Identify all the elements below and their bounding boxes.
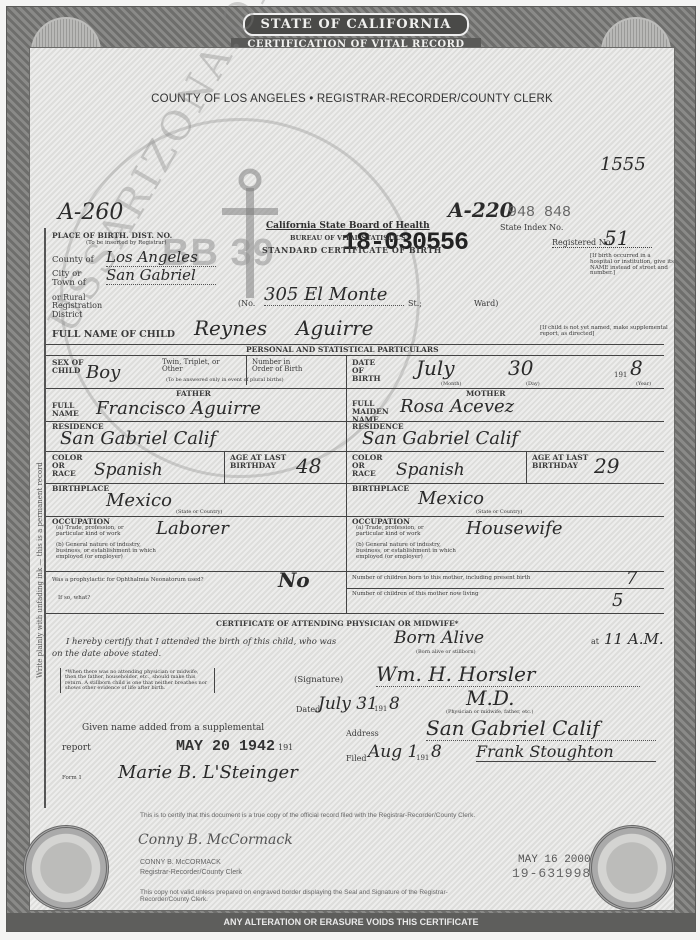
- particulars-title: PERSONAL AND STATISTICAL PARTICULARS: [246, 346, 439, 354]
- address-label: Address: [346, 730, 379, 738]
- dated-year: 8: [389, 694, 400, 714]
- supplemental-text: Given name added from a supplemental: [82, 724, 264, 733]
- born-status-value: Born Alive: [394, 628, 484, 648]
- father-name-value: Francisco Aguirre: [96, 398, 261, 419]
- county-of-los-angeles-seal-icon: [589, 825, 675, 911]
- physician-title: M.D.: [466, 686, 515, 710]
- order-label: Number in Order of Birth: [252, 359, 308, 374]
- state-of-california-seal-icon: [23, 825, 109, 911]
- physician-note: *When there was no attending physician o…: [60, 668, 215, 693]
- father-race-label: COLOR OR RACE: [52, 454, 82, 478]
- father-age-label: AGE AT LAST BIRTHDAY: [230, 454, 290, 470]
- street-value: 305 El Monte: [264, 284, 404, 306]
- father-race-value: Spanish: [94, 460, 163, 480]
- title-caption: (Physician or midwife, father, etc.): [446, 710, 533, 715]
- children-living-value: 5: [612, 590, 623, 611]
- father-birthplace-caption: (State or Country): [176, 510, 222, 515]
- street-no-label: (No.: [238, 300, 255, 308]
- day-caption: (Day): [526, 382, 540, 387]
- child-given-name: Reynes: [194, 316, 267, 340]
- year-caption: (Year): [636, 382, 651, 387]
- name-note: [If child is not yet named, make supplem…: [540, 326, 668, 338]
- mother-birthplace-caption: (State or Country): [476, 510, 522, 515]
- children-born-value: 7: [626, 568, 637, 589]
- issue-date-stamp: MAY 16 2000: [518, 854, 591, 866]
- validity-note: This copy not valid unless prepared on e…: [140, 889, 460, 903]
- father-age-value: 48: [296, 454, 321, 478]
- child-surname: Aguirre: [296, 316, 373, 340]
- ward-label: Ward): [474, 300, 498, 308]
- county-label: County of: [52, 256, 94, 265]
- dob-year: 8: [630, 356, 643, 380]
- if-so-label: If so, what?: [58, 596, 90, 602]
- father-occupation-a-label: (a) Trade, profession, or particular kin…: [56, 526, 146, 538]
- dated-label: Dated: [296, 706, 320, 714]
- supplemental-date-stamp: MAY 20 1942: [176, 738, 275, 755]
- dated-value: July 31: [318, 694, 378, 714]
- registrar-signature: Frank Stoughton: [476, 742, 656, 762]
- sex-value: Boy: [86, 362, 120, 383]
- father-residence-value: San Gabriel Calif: [60, 428, 216, 449]
- physician-section-title: CERTIFICATE OF ATTENDING PHYSICIAN OR MI…: [216, 620, 459, 628]
- dob-day: 30: [508, 356, 533, 380]
- mother-birthplace-label: BIRTHPLACE: [352, 485, 409, 493]
- father-birthplace-label: BIRTHPLACE: [52, 485, 109, 493]
- handwritten-number: 1555: [600, 154, 646, 175]
- signature-label: (Signature): [294, 676, 343, 685]
- children-living-label: Number of children of this mother now li…: [352, 592, 552, 598]
- filed-year-prefix: 191: [416, 755, 429, 762]
- father-name-label: FULL NAME: [52, 402, 82, 418]
- dob-month: July: [416, 356, 455, 380]
- side-instruction-text: Write plainly with unfading ink — this i…: [36, 348, 44, 678]
- form-label: Form 1: [62, 776, 82, 782]
- mother-occupation-a-label: (a) Trade, profession, or particular kin…: [356, 526, 446, 538]
- official-name: CONNY B. McCORMACK: [140, 859, 221, 866]
- father-occupation-b-label: (b) General nature of industry, business…: [56, 543, 156, 560]
- mother-age-label: AGE AT LAST BIRTHDAY: [532, 454, 592, 470]
- filed-value: Aug 1: [368, 742, 418, 762]
- state-index-handwritten: A-220: [448, 198, 514, 222]
- birth-time: 11 A.M.: [604, 630, 664, 648]
- official-title: Registrar-Recorder/County Clerk: [140, 869, 242, 876]
- state-index-stamp: 948 848: [508, 204, 571, 221]
- mother-occupation-value: Housewife: [466, 518, 563, 539]
- month-caption: (Month): [441, 382, 461, 387]
- date-text: on the date above stated.: [52, 650, 161, 659]
- certification-statement: This is to certify that this document is…: [140, 812, 475, 819]
- city-label: City or Town of: [52, 270, 92, 288]
- mother-race-label: COLOR OR RACE: [352, 454, 382, 478]
- district-number: A-260: [58, 200, 123, 225]
- registrar-official-signature: Conny B. McCormack: [138, 832, 293, 848]
- physician-signature: Wm. H. Horsler: [376, 662, 640, 687]
- mother-race-value: Spanish: [396, 460, 465, 480]
- prophylactic-label: Was a prophylactic for Ophthalmia Neonat…: [52, 578, 252, 584]
- mother-occupation-b-label: (b) General nature of industry, business…: [356, 543, 456, 560]
- county-value: Los Angeles: [106, 248, 216, 267]
- place-of-birth-label: PLACE OF BIRTH. DIST. NO.: [52, 232, 172, 240]
- mother-age-value: 29: [594, 454, 619, 478]
- sex-label: SEX OF CHILD: [52, 359, 88, 375]
- county-line: COUNTY OF LOS ANGELES • REGISTRAR-RECORD…: [30, 93, 674, 105]
- report-suffix: 191: [278, 744, 293, 752]
- dob-year-prefix: 191: [614, 372, 627, 379]
- state-title: STATE OF CALIFORNIA: [243, 13, 470, 36]
- born-caption: (Born alive or stillborn): [416, 650, 476, 655]
- birth-form: PLACE OF BIRTH. DIST. NO. (To be inserte…: [44, 228, 664, 808]
- dob-label: DATE OF BIRTH: [352, 359, 386, 383]
- alteration-warning: ANY ALTERATION OR ERASURE VOIDS THIS CER…: [7, 913, 695, 931]
- mother-residence-value: San Gabriel Calif: [362, 428, 518, 449]
- child-name-label: FULL NAME OF CHILD: [52, 330, 175, 340]
- father-occupation-value: Laborer: [156, 518, 229, 539]
- certificate-body: COUNTY OF LOS ANGELES • REGISTRAR-RECORD…: [29, 47, 675, 911]
- at-label: at: [591, 638, 599, 646]
- twin-label: Twin, Triplet, or Other: [162, 359, 222, 374]
- mother-birthplace-value: Mexico: [418, 488, 484, 509]
- prophylactic-value: No: [278, 568, 310, 592]
- serial-number-stamp: 19-631998: [512, 866, 591, 881]
- city-value: San Gabriel: [106, 266, 216, 285]
- father-section-title: FATHER: [176, 390, 211, 398]
- plural-note: (To be answered only in event of plural …: [166, 378, 284, 383]
- physician-address: San Gabriel Calif: [426, 716, 656, 741]
- dist-note: (To be inserted by Registrar): [86, 241, 166, 247]
- father-birthplace-value: Mexico: [106, 490, 172, 511]
- certificate-document: STATE OF CALIFORNIA CERTIFICATION OF VIT…: [6, 6, 696, 932]
- street-label: St.;: [408, 300, 422, 308]
- supplemental-signature: Marie B. L'Steinger: [118, 762, 298, 783]
- certify-text: I hereby certify that I attended the bir…: [66, 638, 336, 647]
- filed-year: 8: [431, 742, 442, 762]
- mother-name-value: Rosa Acevez: [400, 396, 514, 417]
- dated-year-prefix: 191: [374, 706, 387, 713]
- children-born-label: Number of children born to this mother, …: [352, 576, 592, 582]
- filed-label: Filed: [346, 755, 367, 763]
- report-label: report: [62, 744, 91, 753]
- rural-label: or Rural Registration District: [52, 294, 112, 319]
